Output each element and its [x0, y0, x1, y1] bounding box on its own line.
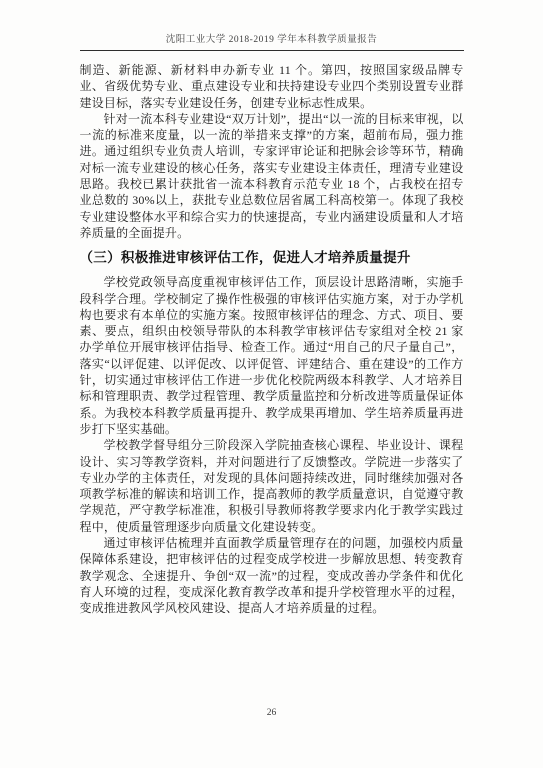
paragraph: 学校党政领导高度重视审核评估工作，顶层设计思路清晰，实施手段科学合理。学校制定了… — [80, 274, 464, 437]
paragraph: 通过审核评估梳理并直面教学质量管理存在的问题，加强校内质量保障体系建设，把审核评… — [80, 535, 464, 616]
paragraph-continuation: 制造、新能源、新材料申办新专业 11 个。第四，按照国家级品牌专业、省级优势专业… — [80, 62, 464, 111]
paragraph: 学校教学督导组分三阶段深入学院抽查核心课程、毕业设计、课程设计、实习等教学资料，… — [80, 437, 464, 535]
running-head-title: 沈阳工业大学 2018-2019 学年本科教学质量报告 — [0, 0, 543, 46]
header-divider — [80, 50, 464, 51]
document-body: 制造、新能源、新材料申办新专业 11 个。第四，按照国家级品牌专业、省级优势专业… — [80, 62, 464, 617]
page-header: 沈阳工业大学 2018-2019 学年本科教学质量报告 — [0, 0, 543, 51]
section-heading: （三）积极推进审核评估工作，促进人才培养质量提升 — [80, 248, 464, 268]
paragraph: 针对一流本科专业建设“双万计划”，提出“以一流的目标来审视，以一流的标准来度量，… — [80, 111, 464, 241]
document-page: 沈阳工业大学 2018-2019 学年本科教学质量报告 制造、新能源、新材料申办… — [0, 0, 543, 768]
page-footer: 26 — [0, 702, 543, 720]
page-number: 26 — [267, 708, 277, 718]
